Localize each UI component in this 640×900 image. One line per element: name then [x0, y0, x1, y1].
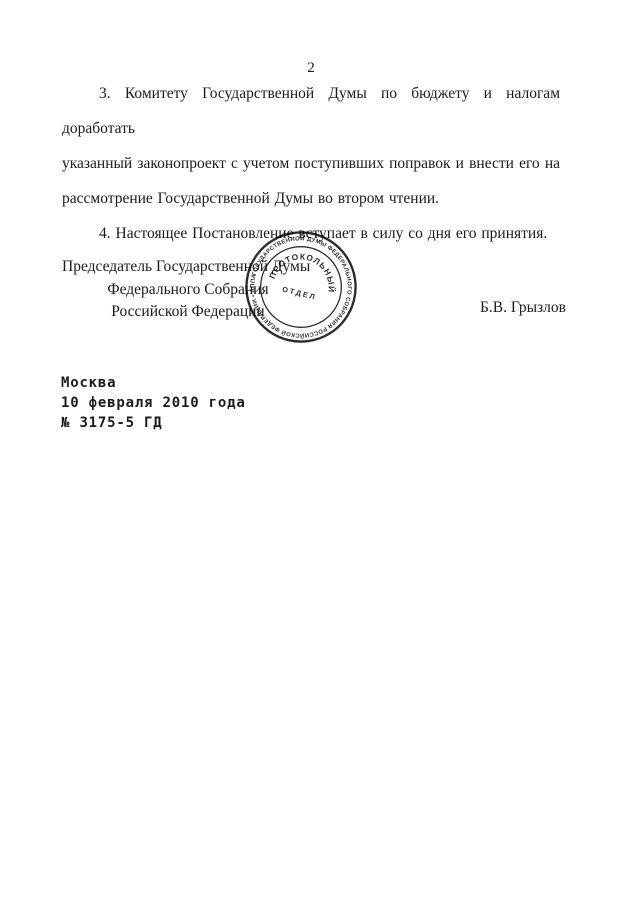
footer-doc-number: № 3175-5 ГД [61, 413, 246, 433]
signer-name: Б.В. Грызлов [480, 299, 566, 317]
document-footer: Москва 10 февраля 2010 года № 3175-5 ГД [61, 373, 246, 433]
footer-city: Москва [61, 373, 246, 393]
page-number: 2 [62, 60, 560, 77]
stamp-center-text: ОТДЕЛ [281, 285, 317, 302]
document-page: 2 3. Комитету Государственной Думы по бю… [0, 0, 640, 900]
paragraph-3-line-3: рассмотрение Государственной Думы во вто… [62, 181, 560, 216]
footer-date: 10 февраля 2010 года [61, 393, 246, 413]
stamp-ring-text: ГОСУДАРСТВЕННОЙ ДУМЫ ФЕДЕРАЛЬНОГО СОБРАН… [242, 228, 360, 346]
document-body: 3. Комитету Государственной Думы по бюдж… [62, 76, 560, 251]
paragraph-3-line-1: 3. Комитету Государственной Думы по бюдж… [62, 76, 560, 146]
stamp-outer-ring [242, 228, 360, 346]
paragraph-3-line-2: указанный законопроект с учетом поступив… [62, 146, 560, 181]
official-stamp-icon: ГОСУДАРСТВЕННОЙ ДУМЫ ФЕДЕРАЛЬНОГО СОБРАН… [242, 228, 360, 346]
svg-text:ГОСУДАРСТВЕННОЙ ДУМЫ ФЕДЕРАЛЬН: ГОСУДАРСТВЕННОЙ ДУМЫ ФЕДЕРАЛЬНОГО СОБРАН… [242, 228, 360, 346]
